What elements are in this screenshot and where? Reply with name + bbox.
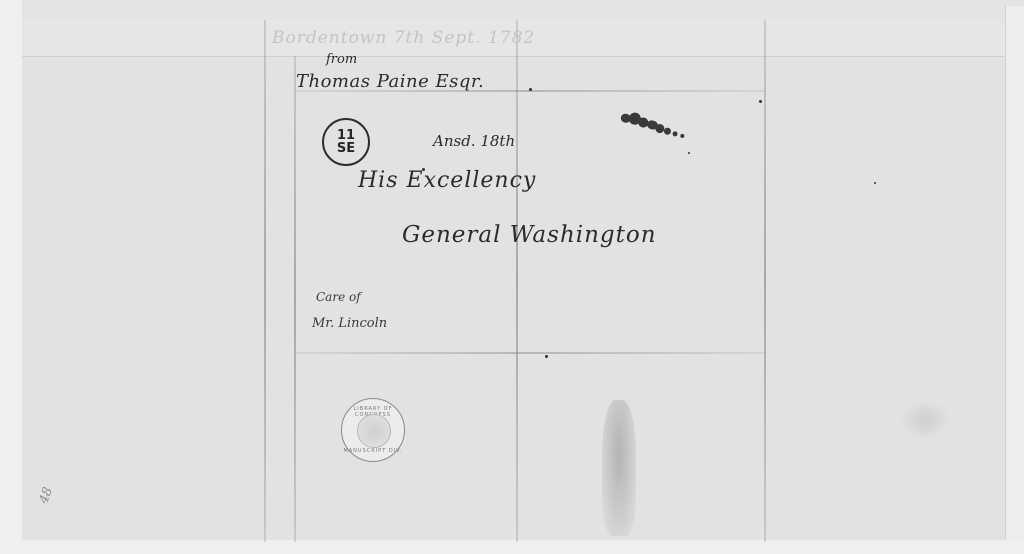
ink-speck — [529, 88, 532, 91]
answered-note: Ansd. 18th — [433, 132, 515, 150]
ink-speck — [759, 100, 762, 103]
addressee: General Washington — [402, 222, 657, 248]
top-mount-strip — [0, 0, 1024, 21]
library-stamp-icon: LIBRARY OF CONGRESS MANUSCRIPT DIV. — [341, 398, 405, 462]
ink-speck — [545, 355, 548, 358]
faint-stain — [900, 400, 950, 440]
fold-line-left-outer — [264, 20, 266, 542]
bottom-mount-strip — [0, 540, 1024, 554]
stamp-eagle-icon — [357, 414, 391, 448]
postmark-stamp-icon: 11 SE — [322, 118, 370, 166]
from-label: from — [326, 52, 357, 67]
water-stain — [602, 400, 636, 536]
care-of-label: Care of — [316, 290, 361, 304]
fold-line-left-inner — [294, 56, 296, 542]
document-scan: Bordentown 7th Sept. 1782 from Thomas Pa… — [0, 0, 1024, 554]
sender-name: Thomas Paine Esqr. — [296, 71, 484, 92]
ink-speck — [874, 182, 876, 184]
ink-speck — [422, 168, 425, 171]
ink-speck — [688, 152, 690, 154]
postmark-month: SE — [337, 142, 355, 155]
fold-line-center — [516, 20, 518, 542]
docket-note: Bordentown 7th Sept. 1782 — [272, 28, 535, 48]
salutation: His Excellency — [358, 168, 536, 193]
paper-sheet — [22, 20, 1006, 542]
care-of-name: Mr. Lincoln — [312, 316, 387, 331]
fold-line-right — [764, 20, 766, 542]
right-mount-margin — [1005, 6, 1024, 554]
left-mount-margin — [0, 0, 22, 554]
stamp-bottom-text: MANUSCRIPT DIV. — [342, 448, 404, 454]
fold-line-middle — [294, 352, 766, 354]
